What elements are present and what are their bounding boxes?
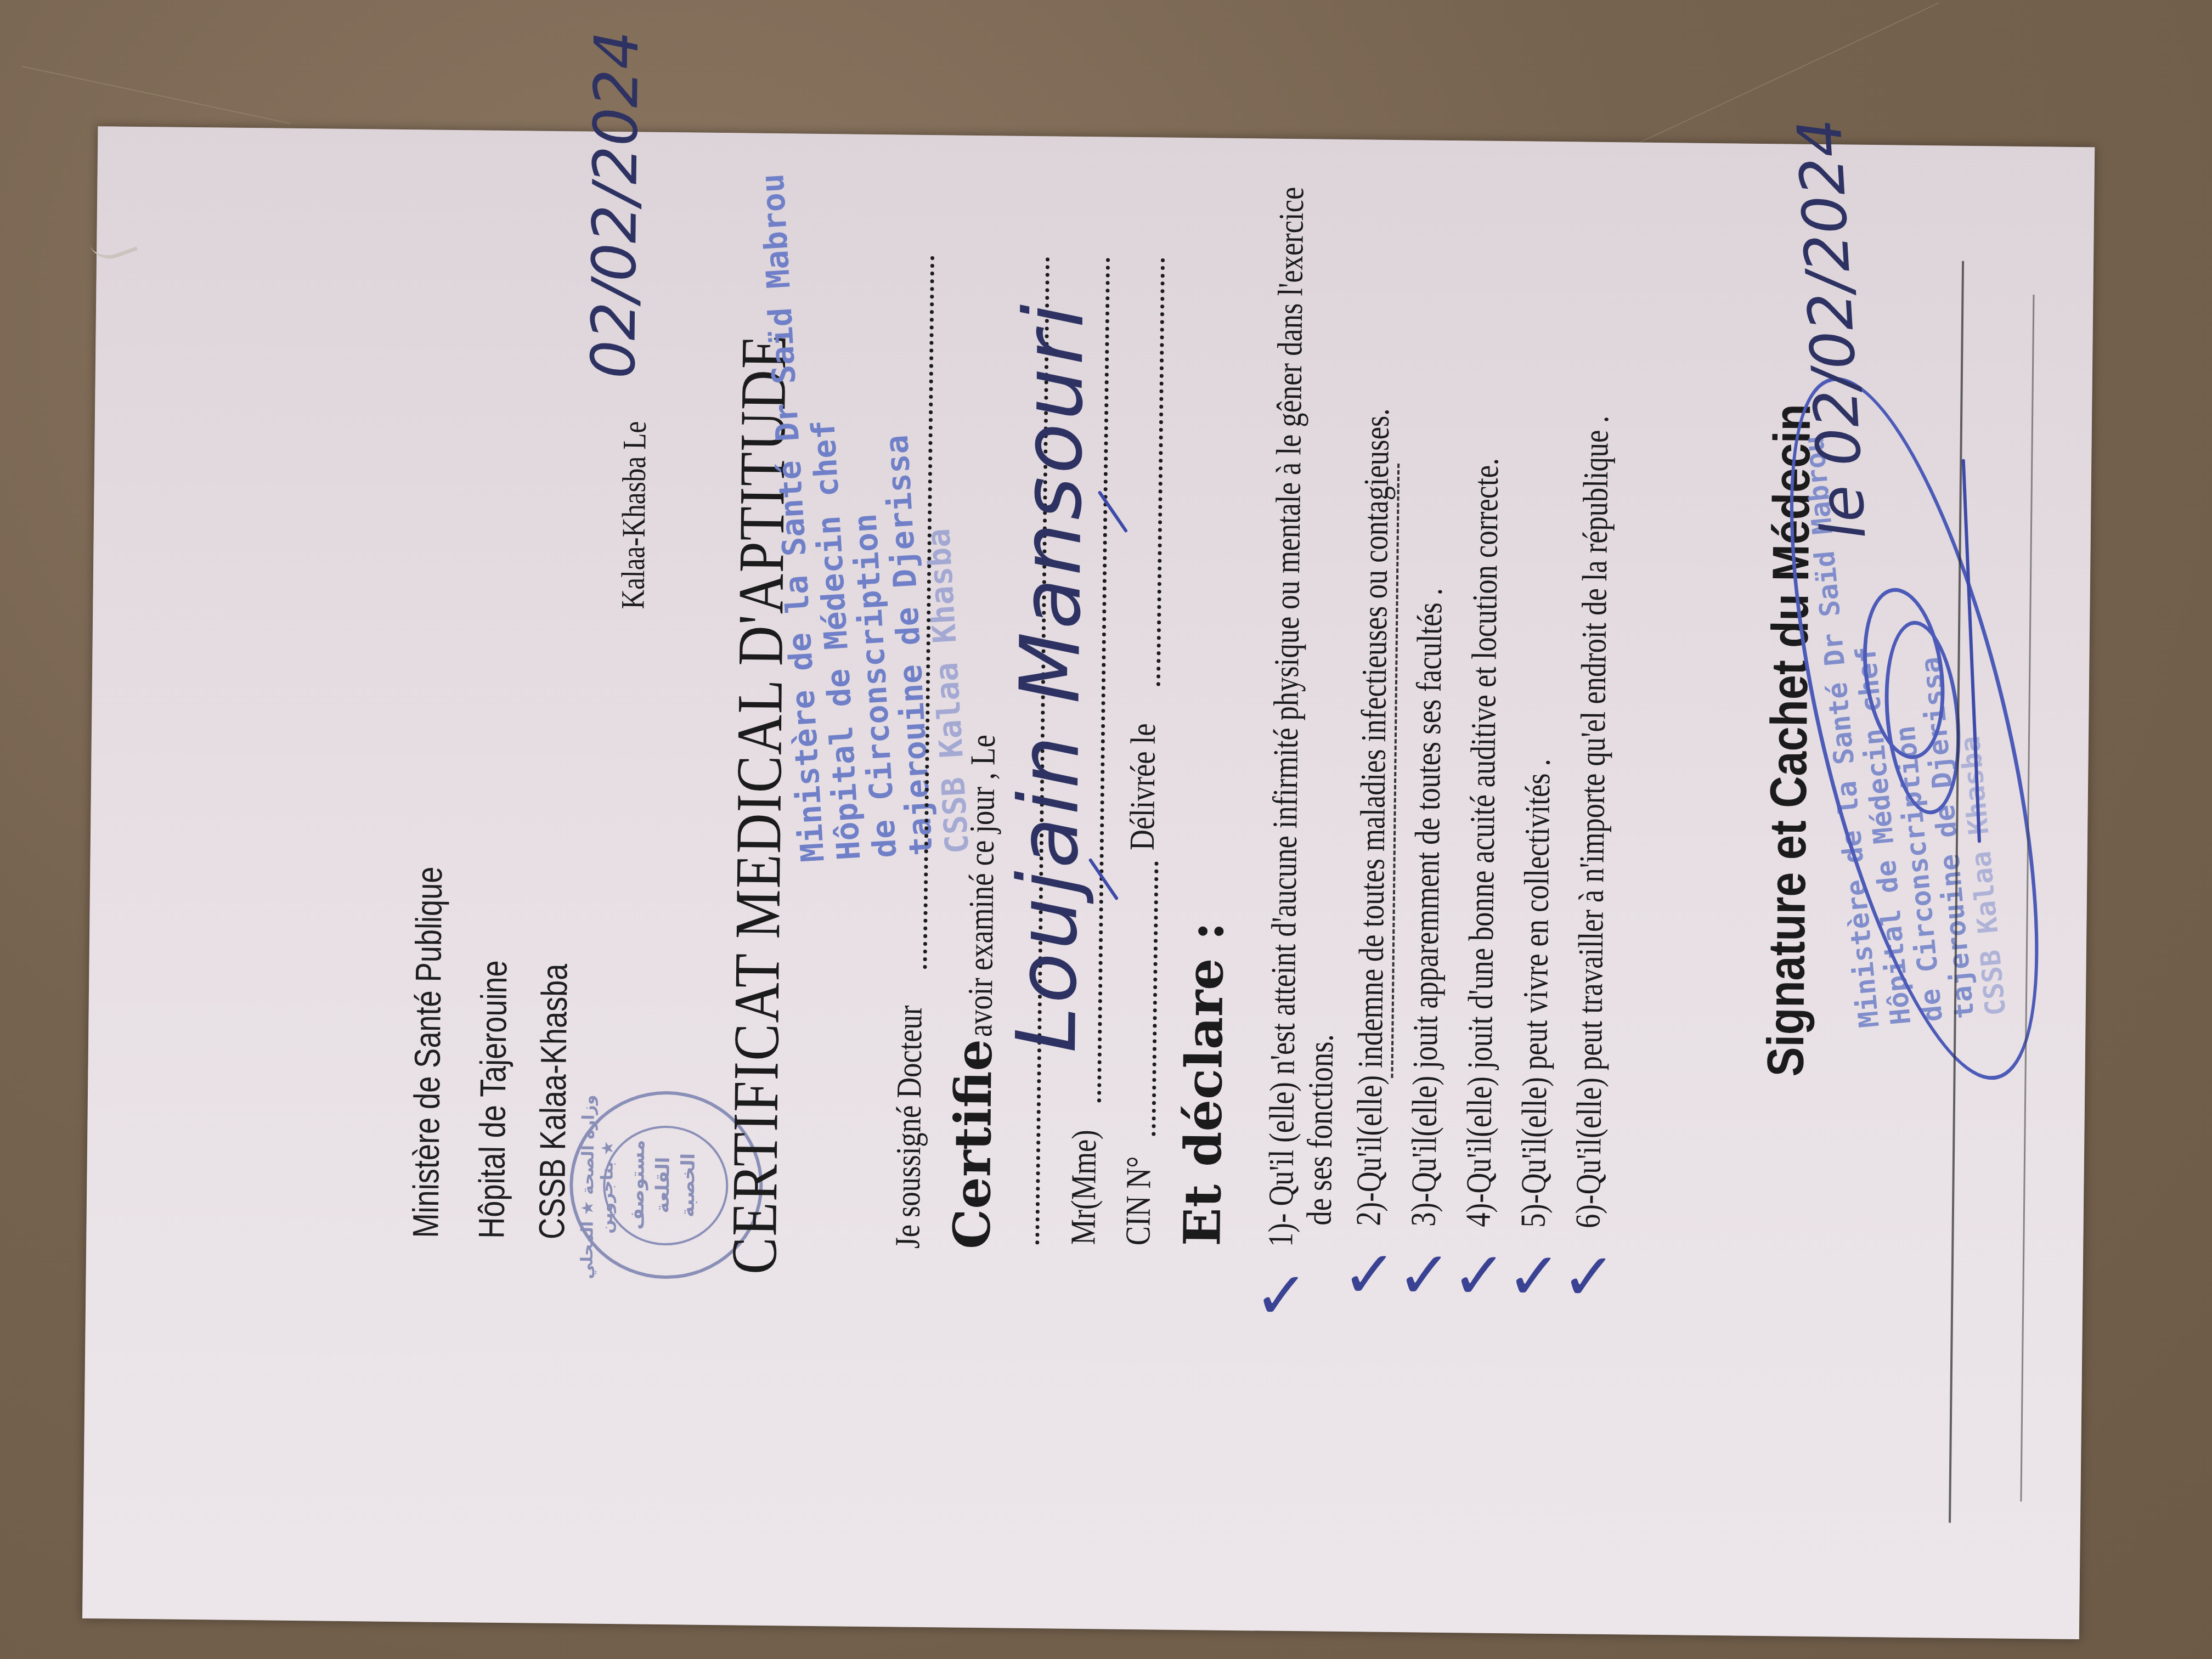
seal-inner-text: مستوصف القلعة الخصبة <box>624 1132 701 1237</box>
background-scratch <box>1591 2 1939 166</box>
checkmark-icon: ✓ <box>1561 1239 1617 1316</box>
patient-name-handwritten: Loujain Mansouri <box>999 301 1102 1053</box>
checkmark-icon: ✓ <box>1451 1238 1507 1314</box>
staple-icon <box>88 228 138 264</box>
issue-date-handwritten: 02/02/2024 <box>578 30 652 379</box>
patient-label: Mr(Mme) <box>1063 1130 1104 1245</box>
declaration-item-6: 6)-Qu'il(elle) peut travailler à n'impor… <box>1568 415 1617 1228</box>
seal-outer-text: وزارة الصحة ★ المحلي بتاجروين ★ <box>578 1093 618 1280</box>
delivered-label: Délivrée le <box>1122 723 1164 850</box>
certifie-rest: avoir examiné ce jour , Le <box>960 735 1003 1037</box>
declaration-item-4: 4)-Qu'il(elle) jouit d'une bonne acuité … <box>1458 458 1507 1227</box>
ministry-name: Ministère de Santé Publique <box>404 866 450 1238</box>
delivered-date-field[interactable] <box>1135 258 1165 686</box>
cin-label: CIN N° <box>1118 1156 1159 1245</box>
background-scratch <box>22 66 290 124</box>
hospital-name: Hôpital de Tajerouine <box>470 960 515 1239</box>
declaration-item-3: 3)-Qu'il(elle) jouit apparemment de tout… <box>1403 588 1451 1227</box>
declaration-item-2: 2)-Qu'il(elle) indemne de toutes maladie… <box>1348 408 1398 1226</box>
certifie-word: Certifie <box>942 1039 1003 1249</box>
doctor-label: Je soussigné Docteur <box>887 1005 930 1249</box>
cssb-name: CSSB Kalaa-Khasba <box>531 963 575 1239</box>
declaration-item-5: 5)-Qu'il(elle) peut vivre en collectivit… <box>1513 759 1559 1228</box>
checkmark-icon: ✓ <box>1254 1258 1310 1335</box>
certifie-line: Certifie avoir examiné ce jour , Le <box>942 668 1007 1250</box>
checkmark-icon: ✓ <box>1396 1237 1452 1314</box>
place-date-label: Kalaa-Khasba Le <box>614 421 654 610</box>
declaration-item-1-cont: de ses fonctions. <box>1299 1034 1342 1226</box>
checkmark-icon: ✓ <box>1506 1238 1562 1315</box>
medical-certificate-page: Ministère de Santé Publique Hôpital de T… <box>82 126 2095 1639</box>
cin-field[interactable] <box>1130 861 1158 1136</box>
checkmark-icon: ✓ <box>1341 1237 1397 1313</box>
declaration-heading: Et déclare : <box>1172 922 1235 1246</box>
